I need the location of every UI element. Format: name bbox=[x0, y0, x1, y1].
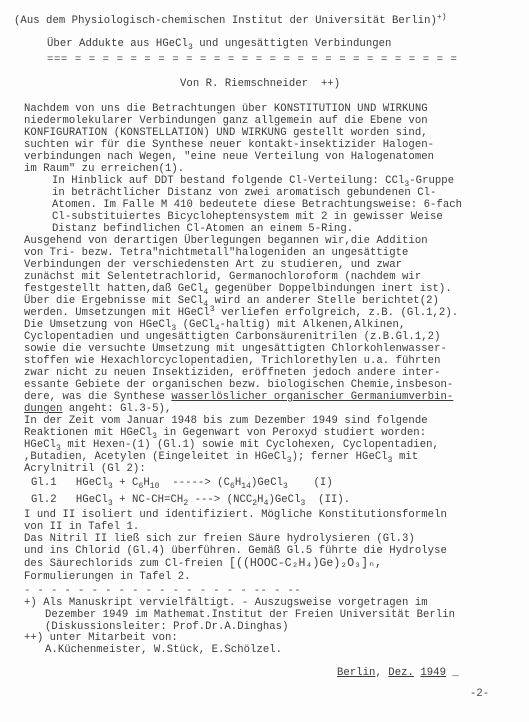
text-line: Cyclopentadien und ungesättigten Carbons… bbox=[24, 331, 440, 343]
subscript: 14 bbox=[241, 482, 251, 491]
subscript: 3 bbox=[108, 482, 113, 491]
chemical-formula: [((HOOC-C₂H₄)Ge)₂O₃]ₙ, bbox=[229, 557, 382, 570]
author-footnote-mark: ++) bbox=[321, 78, 340, 90]
text-part: angeht: Gl.3-5), bbox=[62, 403, 171, 415]
institute-footnote-mark: +) bbox=[437, 13, 447, 22]
date-year: 1949 bbox=[420, 667, 446, 679]
text-part: gegenüber Doppelbindungen inert ist). bbox=[208, 283, 451, 295]
text-line: Atomen. Im Falle M 410 bedeutete diese B… bbox=[52, 199, 462, 211]
eq-product: )GeCl bbox=[251, 477, 283, 489]
text-line: I und II isoliert und identifiziert. Mög… bbox=[24, 509, 447, 521]
text-line: Das Nitril II ließ sich zur freien Säure… bbox=[24, 533, 415, 545]
footnote-text: Dezember 1949 im Mathemat.Institut der F… bbox=[45, 609, 455, 621]
separator: , bbox=[375, 667, 388, 679]
text-line: Distanz befindlichen Cl-Atomen an einem … bbox=[52, 223, 353, 235]
text-line: In Hinblick auf DDT bestand folgende Cl-… bbox=[52, 175, 454, 187]
author-name: Von R. Riemschneider bbox=[180, 78, 308, 90]
text-line: im Raum" zu erreichen(1). bbox=[24, 163, 184, 175]
footnote-1-line: +) Als Manuskript vervielfältigt. - Ausz… bbox=[24, 597, 428, 609]
title-underline-rule: === = = = = = = = = = = = = = = = = = = … bbox=[47, 54, 457, 66]
text-line: Formulierungen in Tafel 2. bbox=[24, 571, 191, 583]
subscript: 10 bbox=[150, 482, 160, 491]
text-part: mit bbox=[393, 451, 419, 463]
underlined-text: dungen bbox=[24, 403, 62, 415]
text-line: suchten wir für die Synthese neuer konta… bbox=[24, 139, 434, 151]
equation-number: (II). bbox=[318, 494, 350, 506]
equation-2: Gl.2 HGeCl3 + NC-CH=CH2 ---> (NCC2H4)GeC… bbox=[31, 494, 350, 506]
footnote-2-line: ++) unter Mitarbeit von: bbox=[24, 632, 178, 644]
eq-product: (NCC bbox=[227, 494, 253, 506]
institute-text: (Aus dem Physiologisch-chemischen Instit… bbox=[14, 15, 437, 27]
text-line: ,Butadien, Acetylen (Eingeleitet in HGeC… bbox=[24, 451, 418, 463]
text-line: Nachdem von uns die Betrachtungen über K… bbox=[24, 103, 428, 115]
text-part: In Hinblick auf DDT bestand folgende Cl-… bbox=[52, 175, 404, 187]
text-line: KONFIGURATION (KONSTELLATION) UND WIRKUN… bbox=[24, 127, 428, 139]
text-line: verbindungen nach Wegen, "eine neue Vert… bbox=[24, 151, 434, 163]
text-part: in Gegenwart von Peroxyd studiert worden… bbox=[157, 427, 426, 439]
eq-plus: + bbox=[119, 494, 125, 506]
text-line: des Säurechlorids zum Cl-freien [((HOOC-… bbox=[24, 558, 382, 570]
text-line: dere, was die Synthese wasserlöslicher o… bbox=[24, 391, 453, 403]
text-line: festgestellt hatten,daß GeCl4 gegenüber … bbox=[24, 283, 452, 295]
text-line: Verbindungen der verschiedensten Art zu … bbox=[24, 259, 402, 271]
arrow-icon: ---> bbox=[195, 494, 221, 506]
text-line: In der Zeit vom Januar 1948 bis zum Deze… bbox=[24, 415, 428, 427]
underlined-text: wasserlöslicher organischer Germaniumver… bbox=[171, 391, 453, 403]
text-part: Reaktionen mit HGeCl bbox=[24, 427, 152, 439]
page-number: -2- bbox=[470, 688, 489, 700]
text-part: Über die Ergebnisse mit SeCl bbox=[24, 295, 203, 307]
footnote-mark: ++) bbox=[24, 632, 43, 644]
text-part: Die Umsetzung von HGeCl bbox=[24, 319, 171, 331]
institute-line: (Aus dem Physiologisch-chemischen Instit… bbox=[14, 15, 447, 27]
eq-plus: + bbox=[119, 477, 125, 489]
eq-product: )GeCl bbox=[268, 494, 300, 506]
text-line: zwar nicht zu neuen Insektiziden, eröffn… bbox=[24, 367, 440, 379]
equation-label: Gl.2 bbox=[31, 494, 57, 506]
footnote-text: unter Mitarbeit von: bbox=[50, 632, 178, 644]
text-line: Über die Ergebnisse mit SeCl4 wird an an… bbox=[24, 295, 439, 307]
text-part: -Gruppe bbox=[409, 175, 454, 187]
footnote-mark: +) bbox=[24, 597, 37, 609]
author-line: Von R. Riemschneider ++) bbox=[180, 78, 340, 90]
text-part: dere, was die Synthese bbox=[24, 391, 171, 403]
equation-label: Gl.1 bbox=[31, 477, 57, 489]
subscript: 2 bbox=[183, 499, 188, 508]
title-part: und ungesättigten Verbindungen bbox=[193, 38, 392, 50]
eq-reagent: HGeCl bbox=[76, 494, 108, 506]
text-line: dungen angeht: Gl.3-5), bbox=[24, 403, 171, 415]
text-line: essante Gebiete der organischen bezw. bi… bbox=[24, 379, 453, 391]
text-line: niedermolekularer Verbindungen ganz allg… bbox=[24, 115, 428, 127]
document-page: (Aus dem Physiologisch-chemischen Instit… bbox=[0, 0, 529, 722]
subscript: 3 bbox=[283, 482, 288, 491]
text-line: Die Umsetzung von HGeCl3 (GeCl4-haltig) … bbox=[24, 319, 405, 331]
text-line: von II in Tafel 1. bbox=[24, 521, 139, 533]
footnote-text: Als Manuskript vervielfältigt. - Auszugs… bbox=[43, 597, 427, 609]
arrow-icon: -----> bbox=[172, 477, 210, 489]
text-line: werden. Umsetzungen mit HGeCl3 verliefen… bbox=[24, 307, 458, 319]
equation-1: Gl.1 HGeCl3 + C6H10 -----> (C6H14)GeCl3 … bbox=[31, 477, 333, 489]
footnote-text: A.Küchenmeister, W.Stück, E.Schölzel. bbox=[45, 644, 282, 656]
subscript: 3 bbox=[108, 499, 113, 508]
place: Berlin bbox=[337, 667, 375, 679]
text-part: HGeCl bbox=[24, 439, 56, 451]
text-part: (GeCl bbox=[176, 319, 214, 331]
text-part: werden. Umsetzungen mit HGeCl bbox=[24, 307, 210, 319]
text-line: und ins Chlorid (Gl.4) überführen. Gemäß… bbox=[24, 545, 447, 557]
text-line: stoffen wie Hexachlorcyclopentadien, Tri… bbox=[24, 355, 440, 367]
text-part: festgestellt hatten,daß GeCl bbox=[24, 283, 203, 295]
text-line: sowie die versuchte Umsetzung mit ungesä… bbox=[24, 343, 447, 355]
text-part: ); ferner HGeCl bbox=[292, 451, 388, 463]
date-month: Dez. bbox=[388, 667, 414, 679]
document-title: Über Addukte aus HGeCl3 und ungesättigte… bbox=[47, 38, 391, 50]
text-line: Cl-substituiertes Bicycloheptensystem mi… bbox=[52, 211, 443, 223]
text-line: von Tri- bezw. Tetra"nichtmetall"halogen… bbox=[24, 247, 408, 259]
text-part: ,Butadien, Acetylen (Eingeleitet in HGeC… bbox=[24, 451, 287, 463]
text-line: HGeCl3 mit Hexen-(1) (Gl.1) sowie mit Cy… bbox=[24, 439, 439, 451]
place-date: Berlin, Dez. 1949 _ bbox=[337, 667, 459, 679]
eq-product: (C bbox=[217, 477, 230, 489]
title-part: Über Addukte aus HGeCl bbox=[47, 38, 188, 50]
text-line: zunächst mit Selentetrachlorid, Germanoc… bbox=[24, 271, 421, 283]
text-line: Acrylnitril (Gl 2): bbox=[24, 463, 146, 475]
text-line: Ausgehend von derartigen Überlegungen be… bbox=[24, 235, 428, 247]
eq-partner: NC-CH=CH bbox=[132, 494, 183, 506]
text-part: wird an anderer Stelle berichtet(2) bbox=[208, 295, 439, 307]
text-part: verliefen erfolgreich, z.B. (Gl.1,2). bbox=[215, 307, 458, 319]
footnote-separator: - - - - - - - - - - - - - - - - - -- - -… bbox=[24, 585, 301, 597]
subscript: 3 bbox=[300, 499, 305, 508]
equation-number: (I) bbox=[314, 477, 333, 489]
text-line: in beträchtlicher Distanz von zwei aroma… bbox=[52, 187, 436, 199]
eq-reagent: HGeCl bbox=[76, 477, 108, 489]
text-part: -haltig) mit Alkenen,Alkinen, bbox=[220, 319, 406, 331]
text-line: Reaktionen mit HGeCl3 in Gegenwart von P… bbox=[24, 427, 426, 439]
text-part: mit Hexen-(1) (Gl.1) sowie mit Cyclohexe… bbox=[61, 439, 439, 451]
text-part: des Säurechlorids zum Cl-freien bbox=[24, 558, 229, 570]
